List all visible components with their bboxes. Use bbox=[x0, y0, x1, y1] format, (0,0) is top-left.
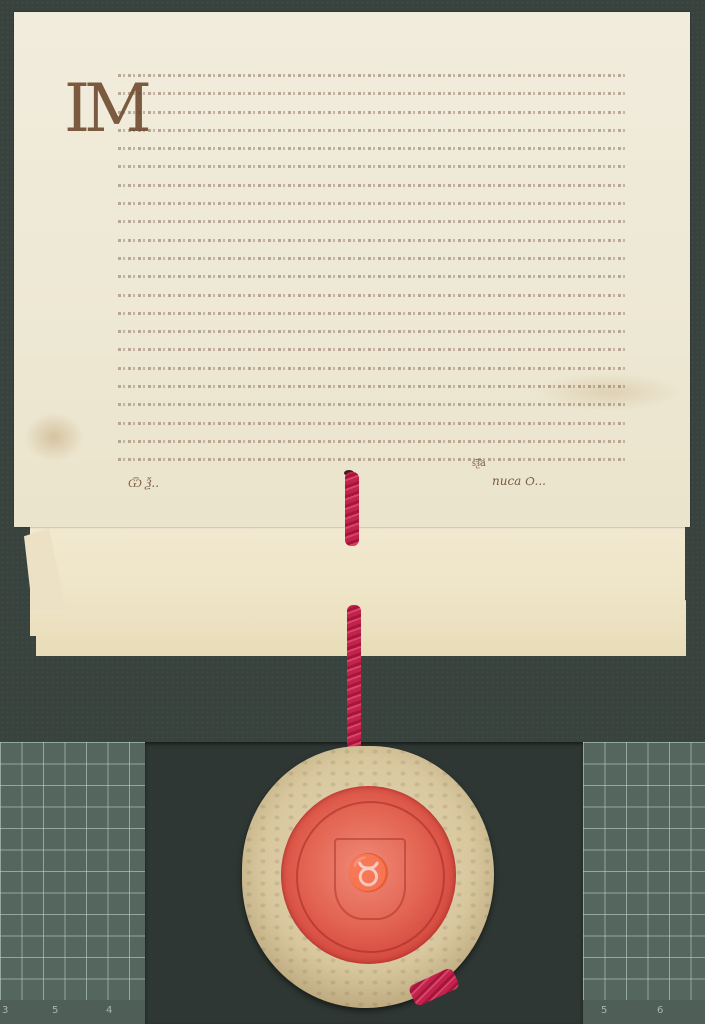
text-line bbox=[118, 251, 628, 265]
text-line bbox=[118, 434, 628, 448]
text-line bbox=[118, 123, 628, 137]
text-line bbox=[118, 416, 628, 430]
text-line bbox=[118, 397, 628, 411]
ruler-label: 3 bbox=[2, 1005, 8, 1016]
text-line bbox=[118, 214, 628, 228]
silk-cord-upper bbox=[345, 472, 359, 546]
cutting-mat-right: 5 6 bbox=[583, 742, 705, 1024]
text-line bbox=[118, 105, 628, 119]
date-mark: ѕ҃ѯ҃а bbox=[472, 458, 486, 469]
water-stain bbox=[24, 412, 84, 462]
text-line bbox=[118, 361, 628, 375]
ruler-left: 3 5 4 bbox=[0, 1000, 145, 1024]
text-line bbox=[118, 452, 628, 466]
cutting-mat-left: 3 5 4 bbox=[0, 742, 145, 1024]
ruler-label: 6 bbox=[657, 1005, 663, 1016]
text-line bbox=[118, 196, 628, 210]
text-line bbox=[118, 86, 628, 100]
text-line bbox=[118, 324, 628, 338]
text-line bbox=[118, 288, 628, 302]
text-line bbox=[118, 178, 628, 192]
ruler-label: 5 bbox=[52, 1005, 58, 1016]
ruler-right: 5 6 bbox=[583, 1000, 705, 1024]
text-line bbox=[118, 68, 628, 82]
text-line bbox=[118, 269, 628, 283]
signature-left: Ѿ Ѯ.. bbox=[128, 476, 159, 491]
text-line bbox=[118, 141, 628, 155]
text-line bbox=[118, 233, 628, 247]
ruler-label: 4 bbox=[106, 1005, 112, 1016]
text-line bbox=[118, 379, 628, 393]
manuscript-text bbox=[118, 68, 628, 471]
ruler-label: 5 bbox=[601, 1005, 607, 1016]
text-line bbox=[118, 306, 628, 320]
text-line bbox=[118, 159, 628, 173]
silk-cord-lower bbox=[347, 605, 361, 750]
text-line bbox=[118, 342, 628, 356]
aurochs-head-icon: ♉ bbox=[346, 852, 391, 894]
signature-right: писа Ѻ... bbox=[492, 474, 546, 489]
